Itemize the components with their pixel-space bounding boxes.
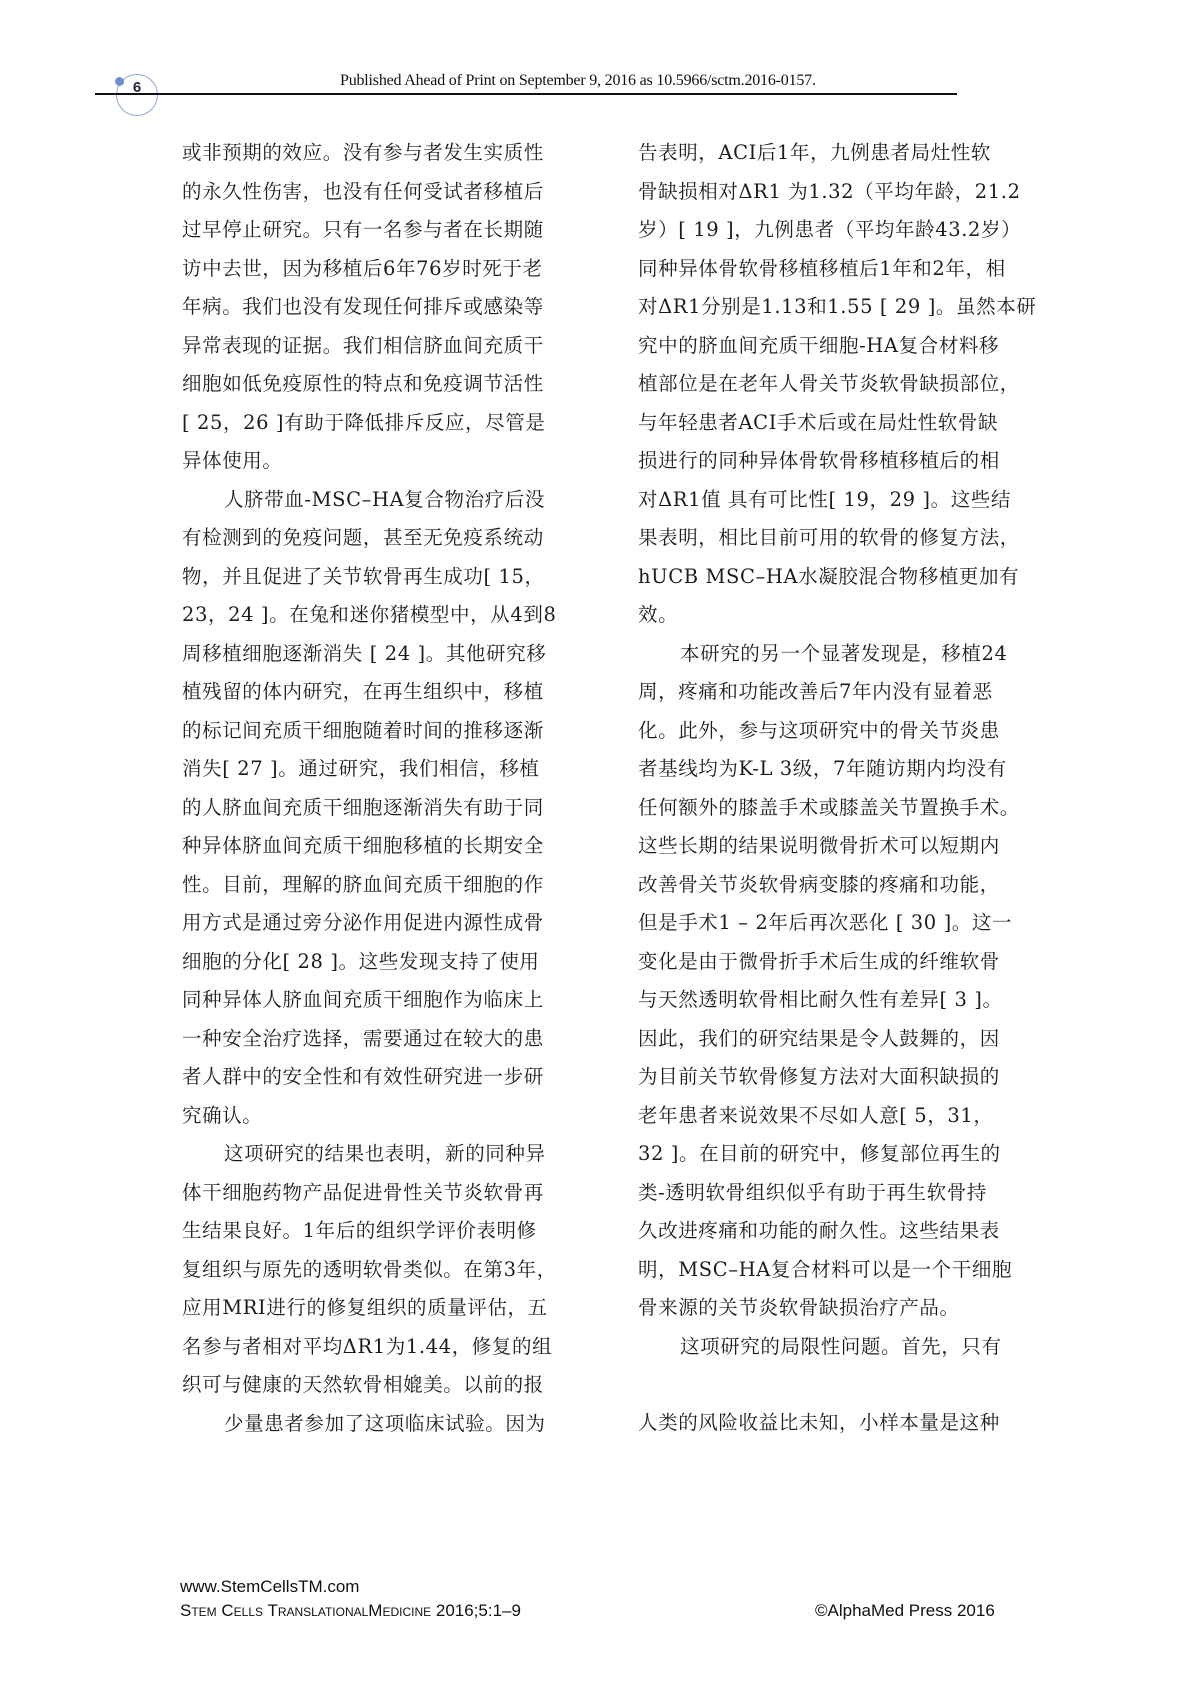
text-line: 明，MSC–HA复合材料可以是一个干细胞 xyxy=(638,1251,1048,1290)
text-line: 种异体脐血间充质干细胞移植的长期安全 xyxy=(182,827,592,866)
text-line: 细胞如低免疫原性的特点和免疫调节活性 xyxy=(182,365,592,404)
text-line: 性。目前，理解的脐血间充质干细胞的作 xyxy=(182,866,592,905)
text-line: 23，24 ]。在兔和迷你猪模型中，从4到8 xyxy=(182,596,592,635)
text-line: 少量患者参加了这项临床试验。因为 xyxy=(182,1405,592,1444)
header-rule xyxy=(95,93,957,95)
text-line: 名参与者相对平均ΔR1为1.44，修复的组 xyxy=(182,1328,592,1367)
footer-copyright: ©AlphaMed Press 2016 xyxy=(815,1601,995,1621)
text-line: 改善骨关节炎软骨病变膝的疼痛和功能， xyxy=(638,866,1048,905)
text-line: 同种异体骨软骨移植移植后1年和2年，相 xyxy=(638,250,1048,289)
text-line: 同种异体人脐血间充质干细胞作为临床上 xyxy=(182,981,592,1020)
text-line: 或非预期的效应。没有参与者发生实质性 xyxy=(182,134,592,173)
text-line: hUCB MSC–HA水凝胶混合物移植更加有 xyxy=(638,558,1048,597)
text-line: 这些长期的结果说明微骨折术可以短期内 xyxy=(638,827,1048,866)
text-line: 果表明，相比目前可用的软骨的修复方法， xyxy=(638,519,1048,558)
text-line: 访中去世，因为移植后6年76岁时死于老 xyxy=(182,250,592,289)
text-line: 植部位是在老年人骨关节炎软骨缺损部位， xyxy=(638,365,1048,404)
text-line: 久改进疼痛和功能的耐久性。这些结果表 xyxy=(638,1212,1048,1251)
text-line: 这项研究的结果也表明，新的同种异 xyxy=(182,1135,592,1174)
text-line: 类-透明软骨组织似乎有助于再生软骨持 xyxy=(638,1174,1048,1213)
text-line: 骨来源的关节炎软骨缺损治疗产品。 xyxy=(638,1289,1048,1328)
text-line: 过早停止研究。只有一名参与者在长期随 xyxy=(182,211,592,250)
text-line: 32 ]。在目前的研究中，修复部位再生的 xyxy=(638,1135,1048,1174)
text-line: 变化是由于微骨折手术后生成的纤维软骨 xyxy=(638,943,1048,982)
journal-name-medicine: Medicine xyxy=(368,1601,431,1620)
text-line: 与年轻患者ACI手术后或在局灶性软骨缺 xyxy=(638,404,1048,443)
left-column: 或非预期的效应。没有参与者发生实质性的永久性伤害，也没有任何受试者移植后过早停止… xyxy=(182,134,592,1443)
text-line: [ 25，26 ]有助于降低排斥反应，尽管是 xyxy=(182,404,592,443)
text-line: 周移植细胞逐渐消失 [ 24 ]。其他研究移 xyxy=(182,635,592,674)
text-line: 应用MRI进行的修复组织的质量评估，五 xyxy=(182,1289,592,1328)
text-line: 异常表现的证据。我们相信脐血间充质干 xyxy=(182,327,592,366)
text-line: 的标记间充质干细胞随着时间的推移逐渐 xyxy=(182,712,592,751)
text-line: 这项研究的局限性问题。首先，只有 xyxy=(638,1328,1048,1367)
text-line: 者基线均为K-L 3级，7年随访期内均没有 xyxy=(638,750,1048,789)
text-line: 人脐带血-MSC–HA复合物治疗后没 xyxy=(182,481,592,520)
text-line: 岁）[ 19 ]，九例患者（平均年龄43.2岁） xyxy=(638,211,1048,250)
text-line: 化。此外，参与这项研究中的骨关节炎患 xyxy=(638,712,1048,751)
text-line: 有检测到的免疫问题，甚至无免疫系统动 xyxy=(182,519,592,558)
text-line: 对ΔR1分别是1.13和1.55 [ 29 ]。虽然本研 xyxy=(638,288,1048,327)
text-line: 对ΔR1值 具有可比性[ 19，29 ]。这些结 xyxy=(638,481,1048,520)
text-line: 用方式是通过旁分泌作用促进内源性成骨 xyxy=(182,904,592,943)
right-column: 告表明，ACI后1年，九例患者局灶性软骨缺损相对ΔR1 为1.32（平均年龄，2… xyxy=(638,134,1048,1443)
text-line: 生结果良好。1年后的组织学评价表明修 xyxy=(182,1212,592,1251)
text-line: 人类的风险收益比未知，小样本量是这种 xyxy=(638,1404,1048,1443)
text-line: 为目前关节软骨修复方法对大面积缺损的 xyxy=(638,1058,1048,1097)
text-line: 的人脐血间充质干细胞逐渐消失有助于同 xyxy=(182,789,592,828)
text-line: 物，并且促进了关节软骨再生成功[ 15， xyxy=(182,558,592,597)
text-line: 周，疼痛和功能改善后7年内没有显着恶 xyxy=(638,673,1048,712)
footer-journal-citation: Stem Cells TranslationalMedicine 2016;5:… xyxy=(180,1601,521,1621)
footer-url[interactable]: www.StemCellsTM.com xyxy=(180,1577,359,1597)
journal-name: Stem Cells Translational xyxy=(180,1601,368,1620)
text-line: 究确认。 xyxy=(182,1097,592,1136)
text-line: 细胞的分化[ 28 ]。这些发现支持了使用 xyxy=(182,943,592,982)
text-line: 复组织与原先的透明软骨类似。在第3年， xyxy=(182,1251,592,1290)
text-line: 体干细胞药物产品促进骨性关节炎软骨再 xyxy=(182,1174,592,1213)
text-line: 告表明，ACI后1年，九例患者局灶性软 xyxy=(638,134,1048,173)
text-line: 任何额外的膝盖手术或膝盖关节置换手术。 xyxy=(638,789,1048,828)
text-line: 效。 xyxy=(638,596,1048,635)
text-line xyxy=(638,1366,1048,1404)
text-line: 骨缺损相对ΔR1 为1.32（平均年龄，21.2 xyxy=(638,173,1048,212)
text-line: 本研究的另一个显著发现是，移植24 xyxy=(638,635,1048,674)
text-line: 一种安全治疗选择，需要通过在较大的患 xyxy=(182,1020,592,1059)
page-badge: 6 xyxy=(116,74,158,116)
text-line: 消失[ 27 ]。通过研究，我们相信，移植 xyxy=(182,750,592,789)
text-line: 但是手术1 – 2年后再次恶化 [ 30 ]。这一 xyxy=(638,904,1048,943)
text-line: 植残留的体内研究，在再生组织中，移植 xyxy=(182,673,592,712)
text-line: 织可与健康的天然软骨相媲美。以前的报 xyxy=(182,1366,592,1405)
text-line: 损进行的同种异体骨软骨移植移植后的相 xyxy=(638,442,1048,481)
text-line: 者人群中的安全性和有效性研究进一步研 xyxy=(182,1058,592,1097)
journal-citation: 2016;5:1–9 xyxy=(431,1601,521,1620)
running-head: Published Ahead of Print on September 9,… xyxy=(340,72,816,90)
text-line: 年病。我们也没有发现任何排斥或感染等 xyxy=(182,288,592,327)
text-line: 与天然透明软骨相比耐久性有差异[ 3 ]。 xyxy=(638,981,1048,1020)
text-line: 的永久性伤害，也没有任何受试者移植后 xyxy=(182,173,592,212)
text-line: 异体使用。 xyxy=(182,442,592,481)
text-line: 老年患者来说效果不尽如人意[ 5，31， xyxy=(638,1097,1048,1136)
text-line: 究中的脐血间充质干细胞-HA复合材料移 xyxy=(638,327,1048,366)
text-line: 因此，我们的研究结果是令人鼓舞的，因 xyxy=(638,1020,1048,1059)
